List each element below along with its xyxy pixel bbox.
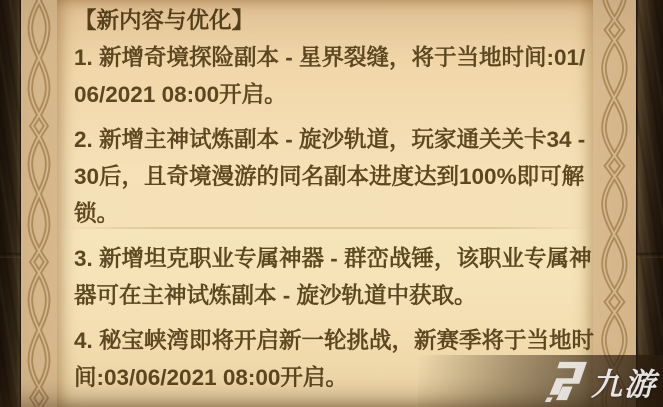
- celtic-knot-pattern-icon: [21, 0, 57, 407]
- section-title: 【新内容与优化】: [74, 2, 596, 39]
- frame-seam-left: [0, 253, 21, 258]
- frame-edge-left: [0, 0, 21, 407]
- patch-note-item-2: 2. 新增主神试炼副本 - 旋沙轨道，玩家通关关卡34 - 30后，且奇境漫游的…: [74, 121, 596, 232]
- celtic-knot-pattern-icon: [593, 0, 636, 407]
- patch-notes: 【新内容与优化】 1. 新增奇境探险副本 - 星界裂缝，将于当地时间:01/06…: [74, 2, 596, 396]
- knot-border-right: [593, 0, 636, 407]
- knot-border-left: [21, 0, 57, 407]
- patch-note-item-3: 3. 新增坦克职业专属神器 - 群峦战锤，该职业专属神器可在主神试炼副本 - 旋…: [74, 240, 596, 314]
- frame-seam-right: [636, 253, 663, 258]
- jiuyou-9-logo-icon: [541, 360, 591, 402]
- patch-note-item-1: 1. 新增奇境探险副本 - 星界裂缝，将于当地时间:01/06/2021 08:…: [74, 39, 596, 113]
- frame-edge-right: [636, 0, 663, 407]
- game-patch-notes-screenshot: 【新内容与优化】 1. 新增奇境探险副本 - 星界裂缝，将于当地时间:01/06…: [0, 0, 663, 407]
- jiuyou-watermark: 九游: [418, 355, 663, 407]
- jiuyou-brand-text: 九游: [591, 359, 657, 404]
